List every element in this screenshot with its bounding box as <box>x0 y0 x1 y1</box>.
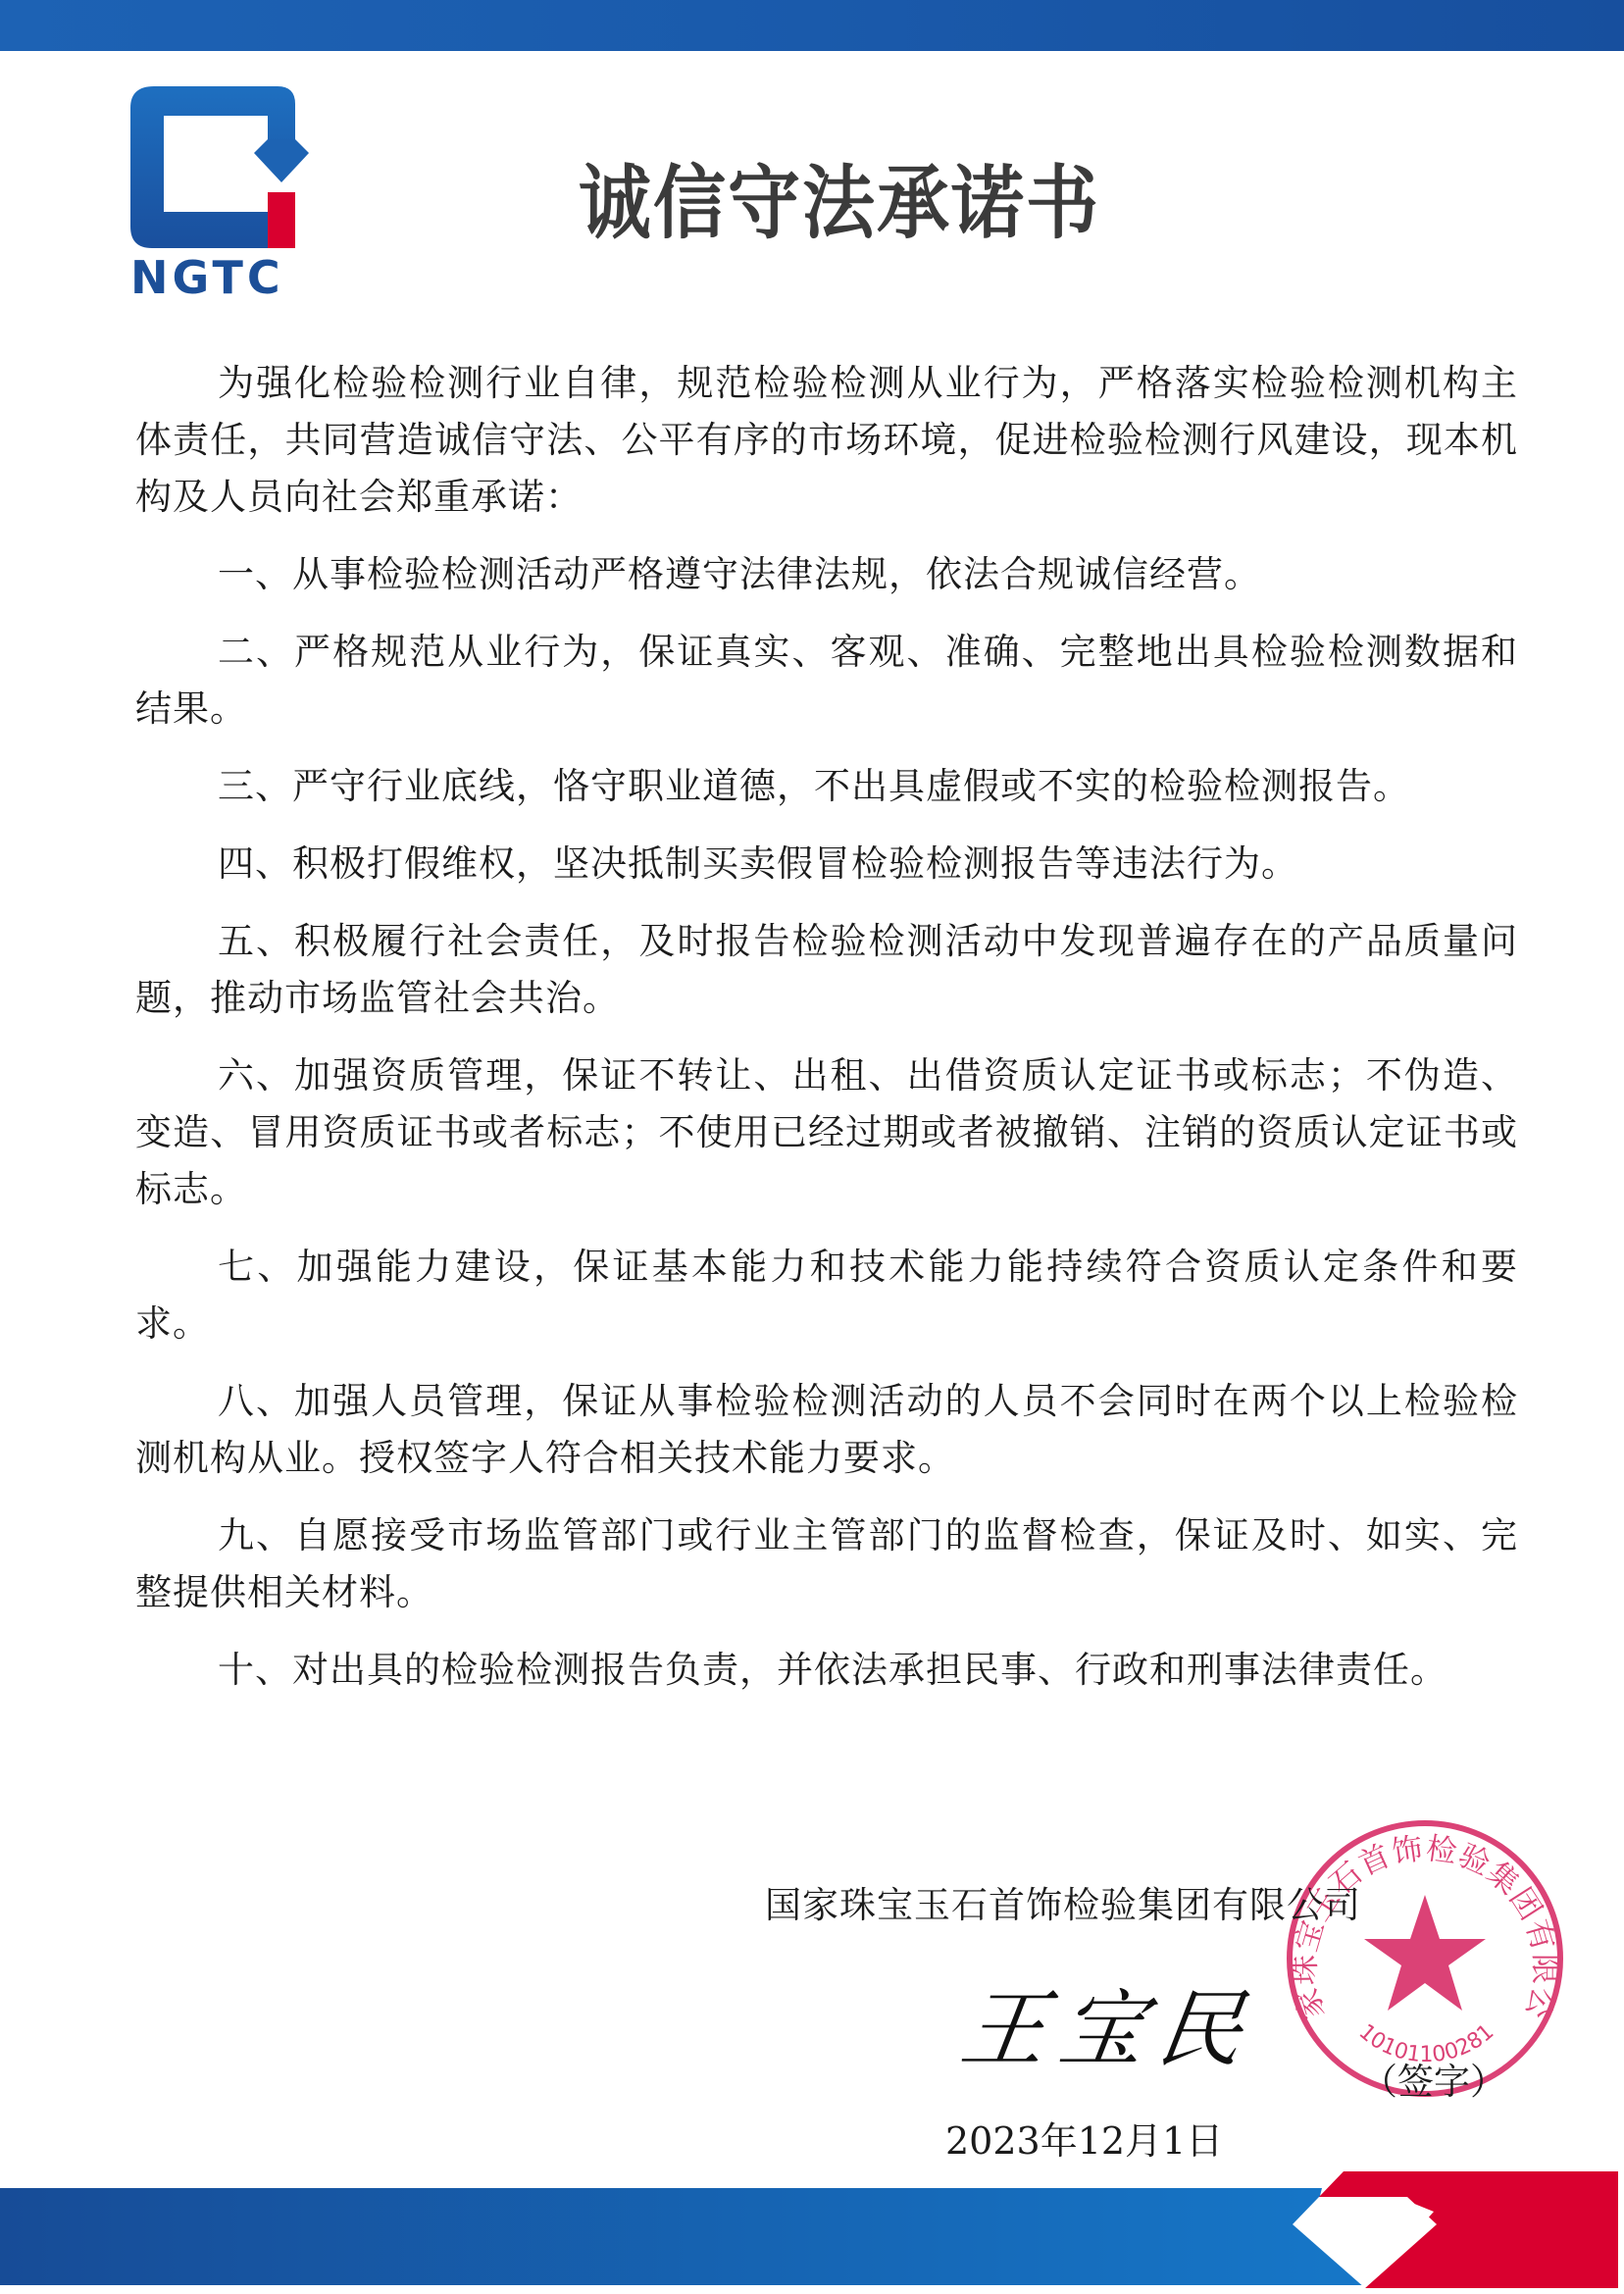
sign-label: （签字） <box>1361 2052 1506 2105</box>
commitment-item-4: 四、积极打假维权，坚决抵制买卖假冒检验检测报告等违法行为。 <box>135 836 1518 892</box>
commitment-item-9: 九、自愿接受市场监管部门或行业主管部门的监督检查，保证及时、如实、完整提供相关材… <box>135 1507 1518 1621</box>
commitment-item-8: 八、加强人员管理，保证从事检验检测活动的人员不会同时在两个以上检验检测机构从业。… <box>135 1373 1518 1487</box>
commitment-item-1: 一、从事检验检测活动严格遵守法律法规，依法合规诚信经营。 <box>135 546 1518 603</box>
commitment-body: 为强化检验检测行业自律，规范检验检测从业行为，严格落实检验检测机构主体责任，共同… <box>135 355 1518 1719</box>
top-decorative-band <box>0 0 1624 51</box>
intro-paragraph: 为强化检验检测行业自律，规范检验检测从业行为，严格落实检验检测机构主体责任，共同… <box>135 355 1518 526</box>
commitment-item-10: 十、对出具的检验检测报告负责，并依法承担民事、行政和刑事法律责任。 <box>135 1642 1518 1699</box>
logo-text: NGTC <box>130 251 307 304</box>
document-date: 2023年12月1日 <box>945 2111 1223 2165</box>
company-name: 国家珠宝玉石首饰检验集团有限公司 <box>765 1875 1361 1928</box>
commitment-item-2: 二、严格规范从业行为，保证真实、客观、准确、完整地出具检验检测数据和结果。 <box>135 624 1518 738</box>
document-title: 诚信守法承诺书 <box>27 140 1624 255</box>
handwritten-signature: 王宝民 <box>954 1962 1265 2083</box>
star-icon <box>1364 1895 1486 2011</box>
commitment-item-5: 五、积极履行社会责任，及时报告检验检测活动中发现普遍存在的产品质量问题，推动市场… <box>135 913 1518 1027</box>
commitment-item-7: 七、加强能力建设，保证基本能力和技术能力能持续符合资质认定条件和要求。 <box>135 1239 1518 1352</box>
commitment-item-3: 三、严守行业底线，恪守职业道德，不出具虚假或不实的检验检测报告。 <box>135 758 1518 815</box>
commitment-item-6: 六、加强资质管理，保证不转让、出租、出借资质认定证书或标志；不伪造、变造、冒用资… <box>135 1047 1518 1218</box>
bottom-decorative-band <box>0 2158 1624 2294</box>
